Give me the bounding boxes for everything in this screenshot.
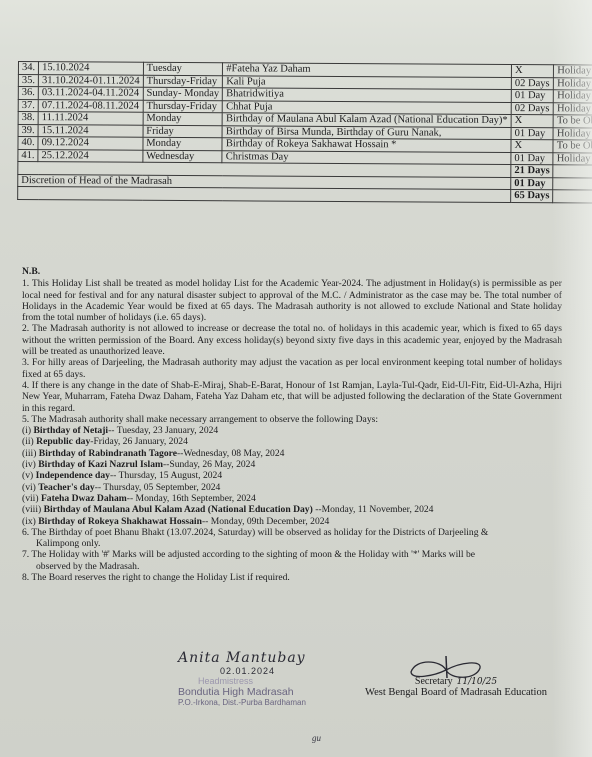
- serial-cell: 35.: [18, 74, 38, 87]
- observe-day-name: Fateha Dwaz Daham: [41, 493, 127, 504]
- observe-day-item: (viii) Birthday of Maulana Abul Kalam Az…: [22, 504, 562, 515]
- day-cell: Thursday-Friday: [143, 100, 223, 113]
- days-cell: X: [511, 115, 553, 128]
- observe-day-item: (v) Independence day-- Thursday, 15 Augu…: [22, 470, 562, 481]
- note-item: 1. This Holiday List shall be treated as…: [22, 278, 562, 323]
- occasion-cell: Bhatridwitiya: [223, 88, 512, 102]
- note-item: 5. The Madrasah authority shall make nec…: [22, 414, 562, 425]
- observe-day-date: --Monday, 11 November, 2024: [313, 504, 434, 515]
- serial-cell: 37.: [18, 99, 38, 112]
- day-cell: Monday: [143, 137, 223, 150]
- serial-cell: 36.: [18, 87, 38, 100]
- serial-cell: 40.: [18, 137, 38, 150]
- date-cell: 31.10.2024-01.11.2024: [38, 74, 143, 87]
- signature-scribble-icon: [406, 654, 486, 682]
- observe-day-name: Birthday of Kazi Nazrul Islam: [38, 459, 163, 470]
- days-cell: X: [511, 65, 553, 78]
- observe-day-name: Birthday of Netaji: [33, 425, 108, 436]
- discretion-remarks-cell: [553, 177, 592, 191]
- date-cell: 03.11.2024-04.11.2024: [38, 87, 143, 100]
- observe-day-item: (vi) Teacher's day-- Thursday, 05 Septem…: [22, 482, 562, 493]
- serial-cell: 34.: [18, 62, 38, 75]
- note-item: 6. The Birthday of poet Bhanu Bhakt (13.…: [22, 527, 562, 538]
- observe-day-item: (vii) Fateha Dwaz Daham-- Monday, 16th S…: [22, 493, 562, 504]
- occasion-cell: Chhat Puja: [223, 100, 512, 114]
- holiday-list-table: 34. 15.10.2024 Tuesday #Fateha Yaz Daham…: [17, 61, 592, 204]
- remarks-cell: To be Observed: [553, 140, 592, 154]
- subtotal-remarks-cell: [553, 165, 592, 179]
- grand-total-remarks-cell: [553, 190, 592, 204]
- date-cell: 07.11.2024-08.11.2024: [38, 99, 143, 112]
- remarks-cell: Holiday (included in the Durga Puja Vaca…: [554, 65, 592, 79]
- remarks-cell: Holiday: [554, 77, 592, 91]
- note-item: 2. The Madrasah authority is not allowed…: [22, 323, 562, 357]
- occasion-cell: Birthday of Rokeya Sakhawat Hossain *: [222, 138, 511, 152]
- observe-day-date: -- Tuesday, 23 January, 2024: [108, 425, 218, 436]
- remarks-cell: Holiday: [553, 127, 592, 141]
- days-cell: 02 Days: [511, 77, 553, 90]
- observe-day-date: -- Monday, 09th December, 2024: [202, 516, 329, 527]
- signature-date: 02.01.2024: [220, 666, 328, 676]
- observe-day-name: Independence day: [36, 470, 110, 481]
- note-item-continued: observed by the Madrasah.: [22, 561, 562, 572]
- days-cell: 01 Day: [511, 127, 553, 140]
- observe-day-item: (iii) Birthday of Rabindranath Tagore--W…: [22, 448, 562, 459]
- handwritten-signature: Anita Mantubay: [178, 650, 328, 666]
- observe-day-item: (ix) Birthday of Rokeya Shakhawat Hossai…: [22, 516, 562, 527]
- days-cell: 01 Day: [511, 90, 553, 103]
- discretion-days: 01 Day: [511, 177, 553, 190]
- occasion-cell: Birthday of Birsa Munda, Birthday of Gur…: [222, 125, 511, 139]
- remarks-cell: Holiday: [554, 102, 592, 116]
- day-cell: Tuesday: [143, 62, 223, 75]
- school-stamp-name: Bondutia High Madrasah: [178, 686, 328, 698]
- observe-day-date: --Wednesday, 08 May, 2024: [177, 448, 284, 459]
- days-cell: 01 Day: [511, 152, 553, 165]
- observe-day-date: -Friday, 26 January, 2024: [90, 436, 188, 447]
- date-cell: 11.11.2024: [38, 112, 143, 125]
- handwritten-initials: gu: [312, 733, 321, 743]
- note-item: 3. For hilly areas of Darjeeling, the Ma…: [22, 357, 562, 380]
- observe-day-date: -- Thursday, 05 September, 2024: [95, 482, 221, 493]
- observe-day-name: Teacher's day: [38, 482, 94, 493]
- days-cell: X: [511, 140, 553, 153]
- observe-day-name: Birthday of Maulana Abul Kalam Azad (Nat…: [44, 504, 313, 515]
- board-name: West Bengal Board of Madrasah Education: [336, 687, 576, 698]
- date-cell: 15.11.2024: [38, 124, 143, 137]
- observe-day-date: -- Thursday, 15 August, 2024: [110, 470, 222, 481]
- day-cell: Sunday- Monday: [143, 87, 223, 100]
- observe-day-name: Birthday of Rokeya Shakhawat Hossain: [38, 516, 202, 527]
- note-item-continued: Kalimpong only.: [22, 538, 562, 549]
- secretary-signature-block: Secretary11/10/25 West Bengal Board of M…: [336, 660, 576, 698]
- date-cell: 25.12.2024: [38, 149, 143, 162]
- observe-day-item: (i) Birthday of Netaji-- Tuesday, 23 Jan…: [22, 425, 562, 436]
- observe-day-name: Birthday of Rabindranath Tagore: [39, 448, 177, 459]
- notes-section: N.B. 1. This Holiday List shall be treat…: [22, 266, 562, 583]
- signatory-role: Headmistress: [198, 676, 328, 686]
- date-cell: 15.10.2024: [39, 62, 144, 75]
- day-cell: Monday: [143, 112, 223, 125]
- observe-day-date: -- Monday, 16th September, 2024: [127, 493, 256, 504]
- note-item: 8. The Board reserves the right to chang…: [22, 572, 562, 583]
- observe-day-name: Republic day: [36, 436, 90, 447]
- serial-cell: 38.: [18, 112, 38, 125]
- school-stamp-address: P.O.-Irkona, Dist.-Purba Bardhaman: [178, 698, 328, 707]
- date-cell: 09.12.2024: [38, 137, 143, 150]
- notes-heading: N.B.: [22, 266, 562, 277]
- grand-total-row: 65 Days: [18, 187, 592, 204]
- observe-day-date: --Sunday, 26 May, 2024: [163, 459, 255, 470]
- occasion-cell: Christmas Day: [222, 150, 511, 164]
- remarks-cell: Holiday: [554, 90, 592, 104]
- subtotal-days: 21 Days: [511, 165, 553, 178]
- occasion-cell: Birthday of Maulana Abul Kalam Azad (Nat…: [222, 113, 511, 127]
- grand-total-label-cell: [18, 187, 511, 203]
- occasion-cell: #Fateha Yaz Daham: [223, 63, 512, 77]
- days-cell: 02 Days: [511, 102, 553, 115]
- day-cell: Thursday-Friday: [143, 75, 223, 88]
- remarks-cell: To be Observed: [553, 115, 592, 129]
- day-cell: Friday: [143, 125, 223, 138]
- grand-total-days: 65 Days: [511, 190, 553, 203]
- document-page: 34. 15.10.2024 Tuesday #Fateha Yaz Daham…: [0, 0, 592, 757]
- day-cell: Wednesday: [143, 150, 223, 163]
- serial-cell: 39.: [18, 124, 38, 137]
- observe-day-item: (ii) Republic day-Friday, 26 January, 20…: [22, 436, 562, 447]
- remarks-cell: Holiday: [553, 152, 592, 166]
- headmistress-signature-block: Anita Mantubay 02.01.2024 Headmistress B…: [178, 650, 328, 707]
- note-item: 7. The Holiday with '#' Marks will be ad…: [22, 549, 562, 560]
- serial-cell: 41.: [18, 149, 38, 162]
- observe-day-item: (iv) Birthday of Kazi Nazrul Islam--Sund…: [22, 459, 562, 470]
- note-item: 4. If there is any change in the date of…: [22, 380, 562, 414]
